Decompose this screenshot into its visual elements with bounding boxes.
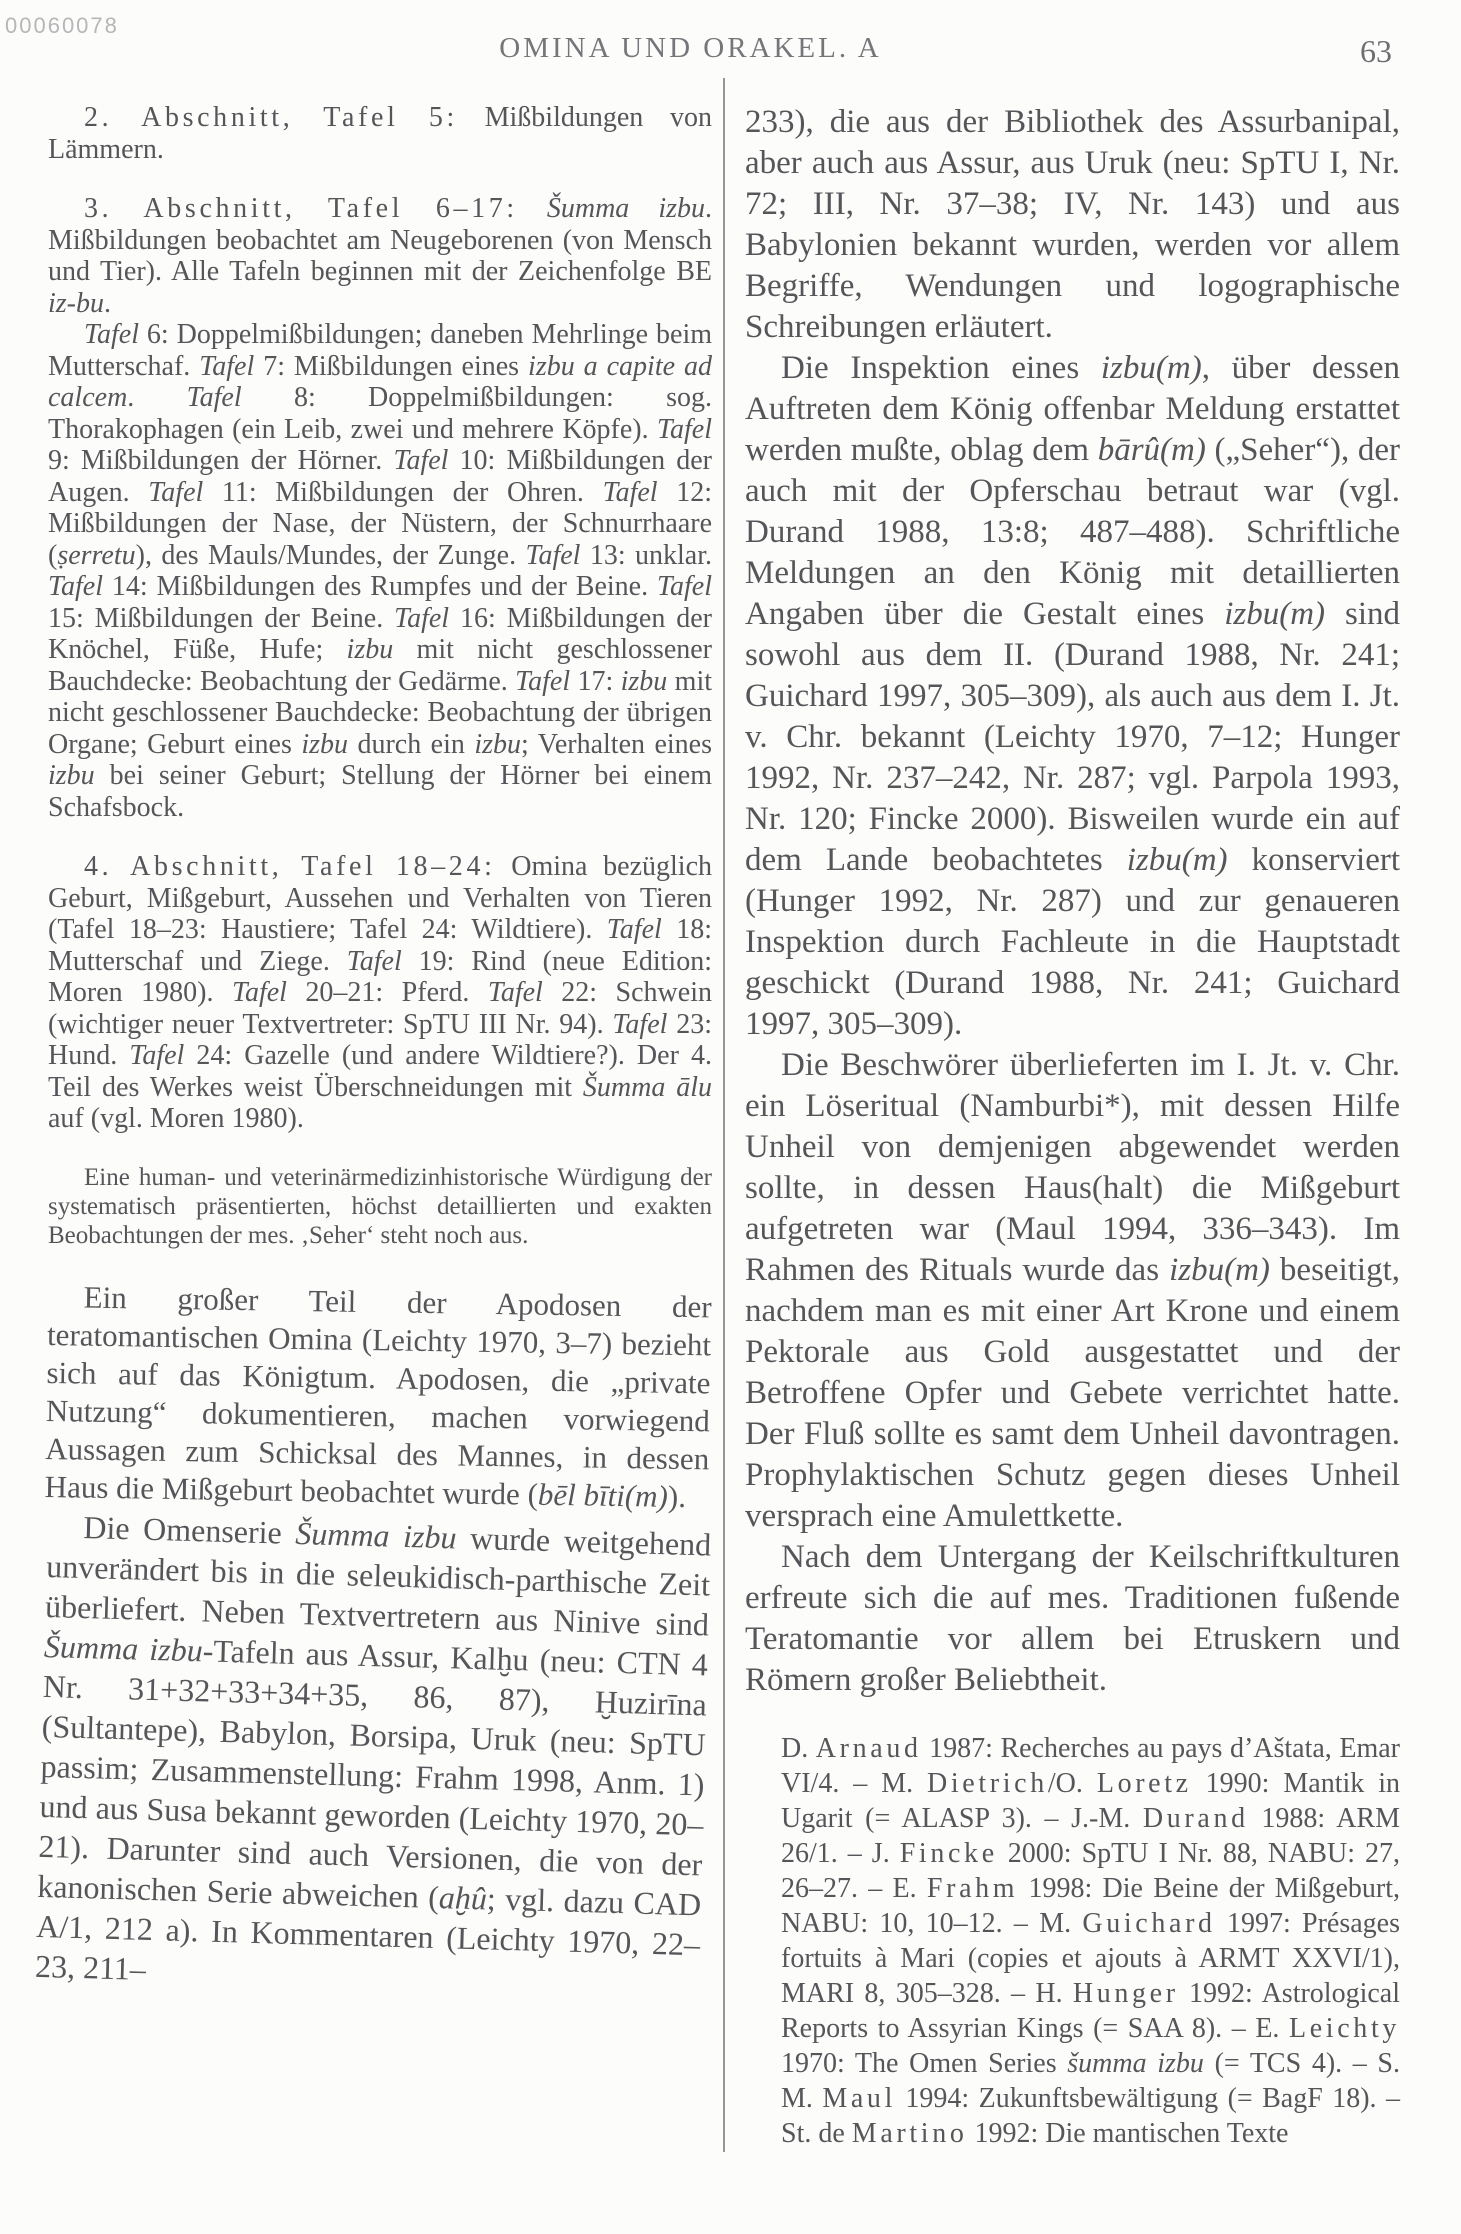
- italic-text-run: Tafel: [232, 977, 287, 1008]
- italic-text-run: Šumma izbu: [44, 1627, 204, 1667]
- italic-text-run: izbu: [621, 666, 668, 697]
- paragraph: Die Beschwörer überlieferten im I. Jt. v…: [745, 1045, 1400, 1537]
- italic-text-run: ṣerretu: [57, 540, 135, 571]
- italic-text-run: Tafel: [603, 477, 658, 508]
- text-run: Nach dem Untergang der Keilschriftkultur…: [745, 1539, 1400, 1698]
- italic-text-run: izbu(m): [1169, 1252, 1270, 1288]
- text-run: 9: Mißbildungen der Hörner.: [48, 445, 393, 476]
- italic-text-run: Tafel: [148, 477, 203, 508]
- right-column: 233), die aus der Bibliothek des Assurba…: [745, 102, 1400, 2151]
- paragraph: Tafel 6: Doppelmißbildungen; daneben Meh…: [48, 319, 712, 823]
- italic-text-run: Šumma izbu: [295, 1514, 457, 1554]
- italic-text-run: Tafel: [187, 382, 242, 413]
- italic-text-run: Šumma ālu: [583, 1072, 712, 1103]
- scanned-page: 00060078 OMINA UND ORAKEL. A 63 2. Absch…: [0, 0, 1461, 2234]
- text-run: ).: [668, 1478, 687, 1513]
- italic-text-run: Tafel: [393, 445, 448, 476]
- text-run: .: [127, 382, 186, 413]
- text-run: 13: unklar.: [580, 540, 712, 571]
- italic-text-run: Tafel: [48, 571, 103, 602]
- text-run: -Tafeln aus Assur, Kalḫu (neu: CTN 4 Nr.…: [37, 1632, 708, 1915]
- text-run: Martino: [852, 2118, 968, 2149]
- paragraph: D. Arnaud 1987: Recherches au pays d’Ašt…: [781, 1731, 1400, 2151]
- text-run: Maul: [822, 2083, 896, 2114]
- paragraph: 3. Abschnitt, Tafel 6–17: Šumma izbu. Mi…: [48, 193, 712, 319]
- italic-text-run: Tafel: [199, 351, 254, 382]
- text-run: 17:: [570, 666, 621, 697]
- italic-text-run: aḫû: [438, 1879, 487, 1916]
- text-run: Loretz: [1097, 1768, 1192, 1799]
- text-run: Durand: [1143, 1803, 1249, 1834]
- text-run: 11: Mißbildungen der Ohren.: [203, 477, 602, 508]
- text-run: Dietrich: [927, 1768, 1048, 1799]
- italic-text-run: bārû(m): [1098, 432, 1206, 468]
- italic-text-run: izbu(m): [1101, 350, 1202, 386]
- text-run: ), des Mauls/Mundes, der Zunge.: [136, 540, 526, 571]
- italic-text-run: izbu(m): [1224, 596, 1325, 632]
- italic-text-run: izbu: [474, 729, 521, 760]
- text-run: auf (vgl. Moren 1980).: [48, 1103, 304, 1134]
- text-run: Hunger: [1073, 1978, 1179, 2009]
- text-run: 1992: Die mantischen Texte: [967, 2118, 1288, 2149]
- italic-text-run: Tafel: [607, 914, 662, 945]
- text-run: Frahm: [927, 1873, 1018, 1904]
- paragraph: Nach dem Untergang der Keilschriftkultur…: [745, 1537, 1400, 1701]
- text-run: 3. Abschnitt, Tafel 6–17:: [84, 193, 518, 224]
- text-run: Die Omenserie: [83, 1509, 296, 1551]
- italic-text-run: Tafel: [394, 603, 449, 634]
- text-run: /O.: [1048, 1768, 1097, 1799]
- left-column: 2. Abschnitt, Tafel 5: Mißbildungen von …: [48, 102, 712, 1986]
- italic-text-run: izbu: [301, 729, 348, 760]
- paragraph: Die Inspektion eines izbu(m), über desse…: [745, 348, 1400, 1045]
- text-run: 14: Mißbildungen des Rumpfes und der Bei…: [103, 571, 657, 602]
- text-run: [518, 193, 547, 224]
- italic-text-run: šumma izbu: [1067, 2048, 1204, 2079]
- running-title: OMINA UND ORAKEL. A: [0, 32, 1381, 65]
- paragraph: 233), die aus der Bibliothek des Assurba…: [745, 102, 1400, 348]
- paragraph: Ein großer Teil der Apodosen der teratom…: [44, 1278, 711, 1516]
- text-run: durch ein: [348, 729, 474, 760]
- text-run: sind sowohl aus dem II. (Durand 1988, Nr…: [745, 596, 1400, 878]
- paragraph: Eine human- und veterinärmedizinhistoris…: [48, 1163, 712, 1250]
- italic-text-run: bēl bīti(m): [538, 1476, 669, 1513]
- text-run: Eine human- und veterinärmedizinhistoris…: [48, 1164, 712, 1249]
- italic-text-run: Tafel: [525, 540, 580, 571]
- italic-text-run: Tafel: [657, 414, 712, 445]
- text-run: 20–21: Pferd.: [287, 977, 488, 1008]
- paragraph: 2. Abschnitt, Tafel 5: Mißbildungen von …: [48, 102, 712, 165]
- text-run: 2. Abschnitt, Tafel 5:: [84, 102, 458, 133]
- text-run: Ein großer Teil der Apodosen der teratom…: [44, 1279, 711, 1511]
- text-run: 15: Mißbildungen der Beine.: [48, 603, 394, 634]
- italic-text-run: iz-bu: [48, 288, 104, 319]
- italic-text-run: Tafel: [129, 1040, 184, 1071]
- italic-text-run: izbu(m): [1127, 842, 1228, 878]
- text-run: ; Verhalten eines: [521, 729, 712, 760]
- text-run: bei seiner Geburt; Stellung der Hörner b…: [48, 760, 712, 823]
- italic-text-run: izbu: [48, 760, 95, 791]
- text-columns: 2. Abschnitt, Tafel 5: Mißbildungen von …: [48, 102, 1400, 2151]
- text-run: Fincke: [900, 1838, 998, 1869]
- text-run: D.: [781, 1733, 816, 1764]
- text-run: Leichty: [1289, 2013, 1400, 2044]
- text-run: Die Inspektion eines: [781, 350, 1101, 386]
- paragraph: 4. Abschnitt, Tafel 18–24: Omina bezügli…: [48, 851, 712, 1135]
- text-run: Guichard: [1082, 1908, 1215, 1939]
- text-run: 7: Mißbildungen eines: [254, 351, 528, 382]
- italic-text-run: Tafel: [612, 1009, 667, 1040]
- page-number: 63: [1360, 33, 1392, 70]
- text-run: 233), die aus der Bibliothek des Assurba…: [745, 104, 1400, 345]
- italic-text-run: Tafel: [347, 946, 402, 977]
- text-run: 4. Abschnitt, Tafel 18–24:: [84, 851, 496, 882]
- text-run: .: [104, 288, 111, 319]
- italic-text-run: Tafel: [488, 977, 543, 1008]
- text-run: 1970: The Omen Series: [781, 2048, 1067, 2079]
- text-run: beseitigt, nachdem man es mit einer Art …: [745, 1252, 1400, 1534]
- italic-text-run: Šumma izbu: [547, 193, 705, 224]
- text-run: Arnaud: [816, 1733, 922, 1764]
- italic-text-run: Tafel: [657, 571, 712, 602]
- italic-text-run: Tafel: [84, 319, 139, 350]
- paragraph: Die Omenserie Šumma izbu wurde weitgehen…: [35, 1506, 712, 2004]
- italic-text-run: Tafel: [515, 666, 570, 697]
- italic-text-run: izbu: [347, 634, 394, 665]
